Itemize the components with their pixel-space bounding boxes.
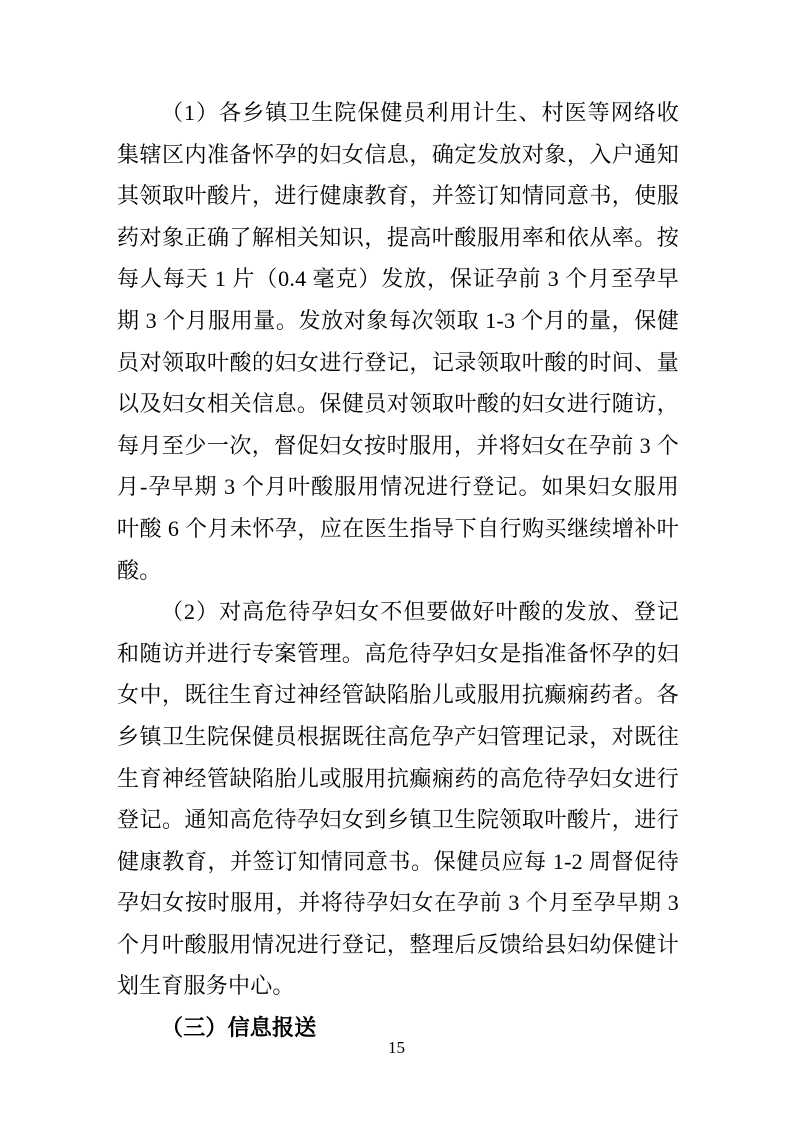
paragraph-high-risk-women: （2）对高危待孕妇女不但要做好叶酸的发放、登记和随访并进行专案管理。高危待孕妇女… xyxy=(117,591,679,1007)
paragraph-folic-acid-distribution: （1）各乡镇卫生院保健员利用计生、村医等网络收集辖区内准备怀孕的妇女信息，确定发… xyxy=(117,92,679,591)
page-number: 15 xyxy=(388,1038,405,1057)
document-body: （1）各乡镇卫生院保健员利用计生、村医等网络收集辖区内准备怀孕的妇女信息，确定发… xyxy=(117,92,679,1049)
document-page: （1）各乡镇卫生院保健员利用计生、村医等网络收集辖区内准备怀孕的妇女信息，确定发… xyxy=(0,0,793,1122)
page-footer: 15 xyxy=(0,1038,793,1058)
